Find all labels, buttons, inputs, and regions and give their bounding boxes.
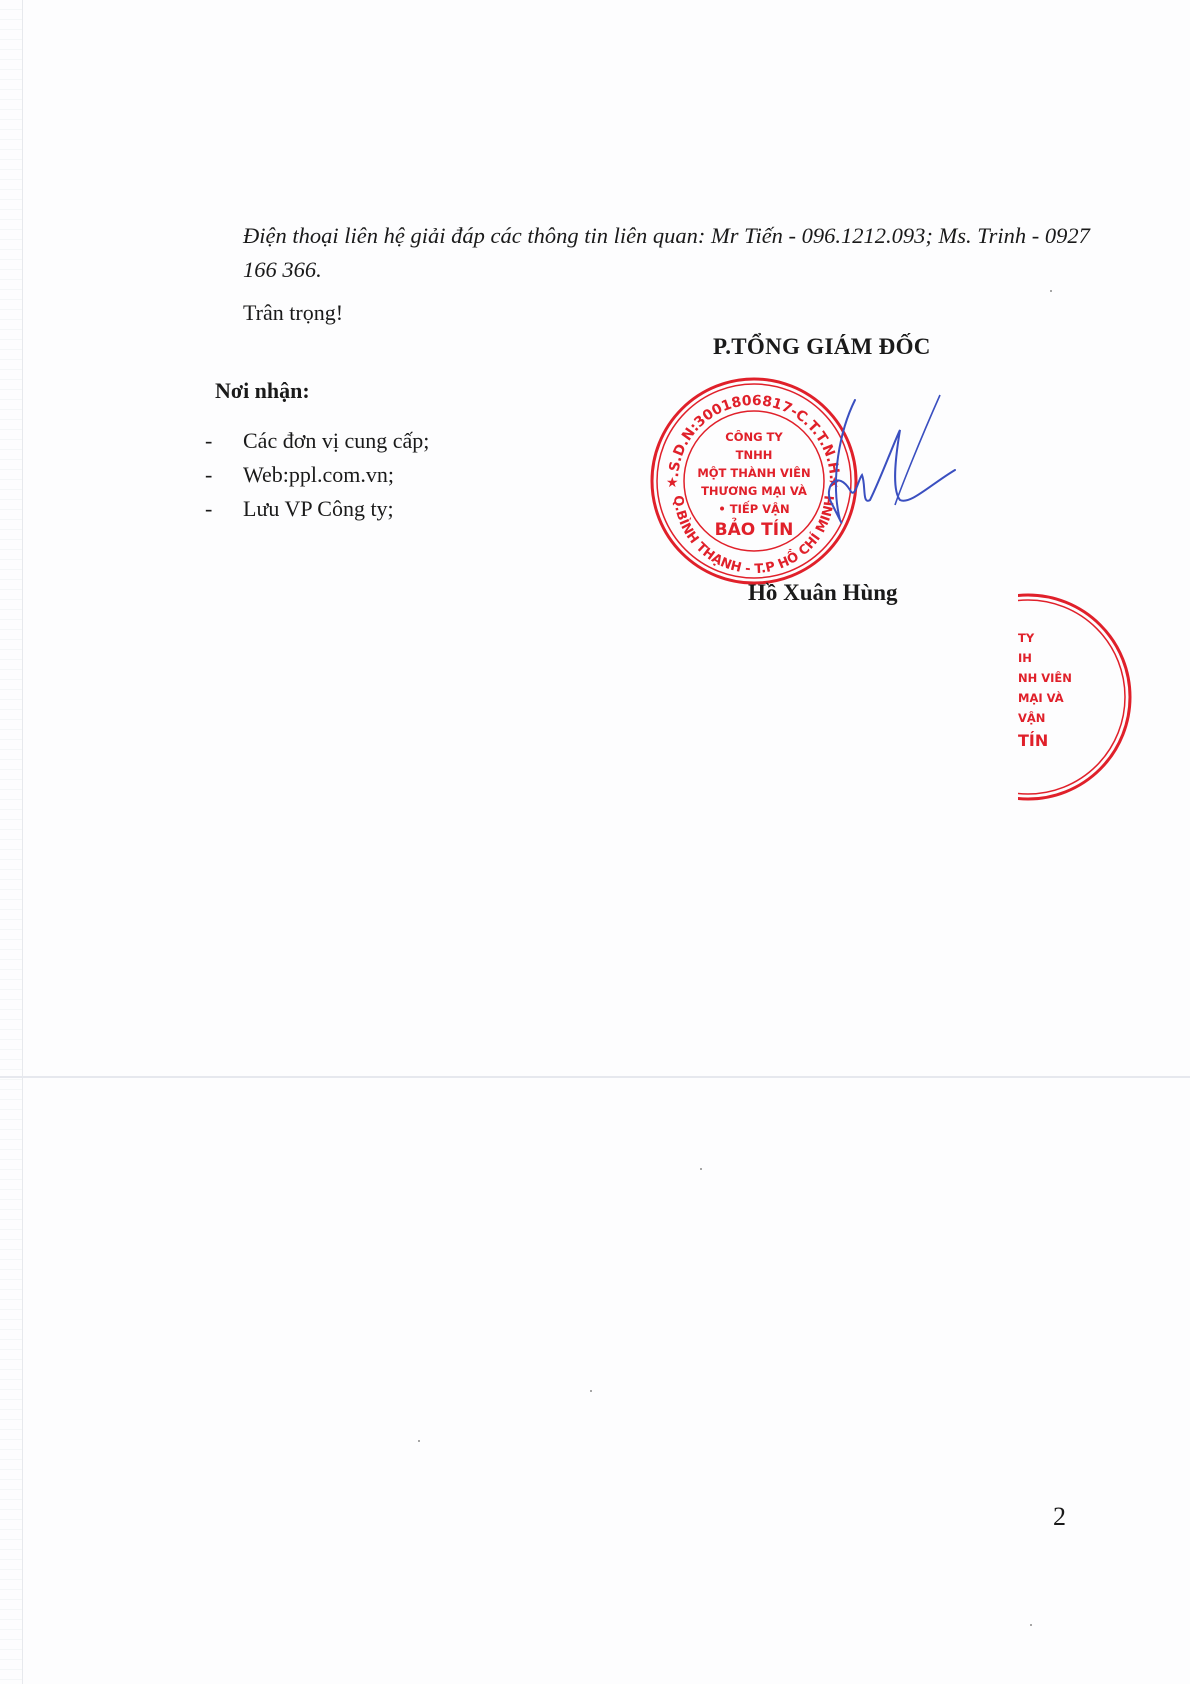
scan-edge [0, 0, 23, 1684]
scan-speck [418, 1440, 420, 1442]
handwritten-signature [800, 390, 960, 540]
scan-speck [590, 1390, 592, 1392]
svg-text:TY: TY [1018, 631, 1035, 645]
svg-text:BẢO TÍN: BẢO TÍN [715, 517, 794, 540]
recipients-list: -Các đơn vị cung cấp; -Web:ppl.com.vn; -… [205, 424, 429, 526]
recipients-title: Nơi nhận: [215, 378, 310, 404]
signatory-title: P.TỔNG GIÁM ĐỐC [713, 334, 931, 360]
svg-text:VẬN: VẬN [1018, 710, 1045, 725]
partial-stamp-icon: TY IH NH VIÊN MẠI VÀ VẬN TÍN [1018, 590, 1138, 805]
list-item: -Các đơn vị cung cấp; [205, 424, 429, 458]
scan-speck [1050, 290, 1052, 292]
scan-speck [1030, 1624, 1032, 1626]
svg-text:TNHH: TNHH [736, 448, 773, 462]
svg-text:TÍN: TÍN [1018, 731, 1048, 750]
svg-text:• TIẾP VẬN: • TIẾP VẬN [718, 500, 789, 516]
page-number: 2 [1053, 1502, 1066, 1532]
svg-text:CÔNG TY: CÔNG TY [725, 429, 783, 444]
svg-text:★: ★ [666, 475, 679, 491]
scan-speck [700, 1168, 702, 1170]
svg-text:MỘT THÀNH VIÊN: MỘT THÀNH VIÊN [697, 465, 810, 480]
fold-line [0, 1076, 1190, 1078]
svg-text:THƯƠNG MẠI VÀ: THƯƠNG MẠI VÀ [701, 483, 807, 498]
list-item: -Lưu VP Công ty; [205, 492, 429, 526]
list-item: -Web:ppl.com.vn; [205, 458, 429, 492]
signer-name: Hồ Xuân Hùng [748, 580, 898, 606]
closing-text: Trân trọng! [243, 300, 343, 326]
svg-text:IH: IH [1018, 651, 1032, 665]
svg-text:MẠI VÀ: MẠI VÀ [1018, 690, 1064, 705]
contact-line: Điện thoại liên hệ giải đáp các thông ti… [243, 219, 1093, 287]
svg-text:NH VIÊN: NH VIÊN [1018, 670, 1072, 685]
